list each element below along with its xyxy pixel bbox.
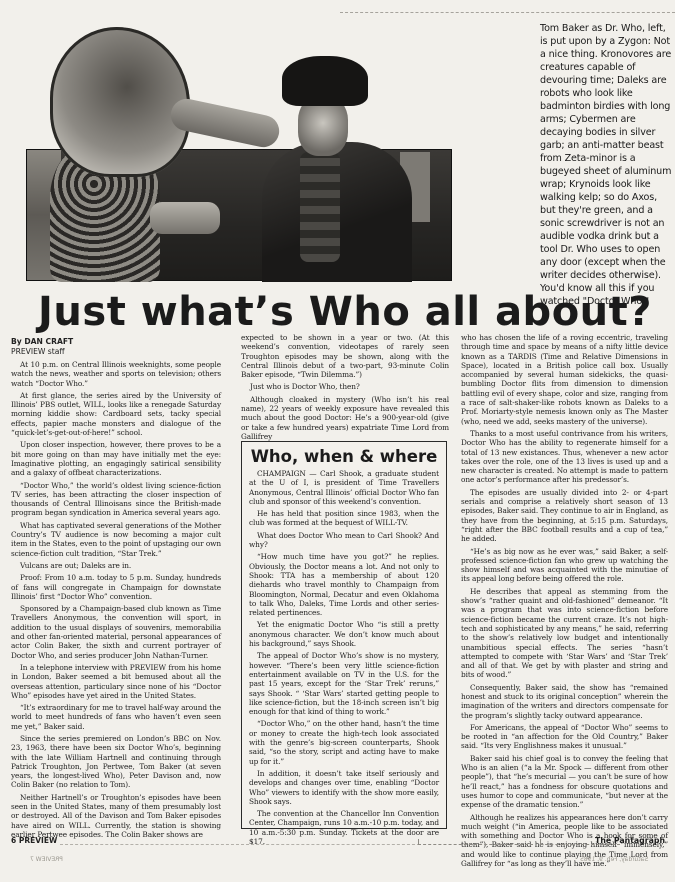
sidebar-paragraph: The appeal of Doctor Who’s show is no my… (249, 651, 439, 716)
bleed-through-text-right: Saturday, Feb. 9, 1985 (580, 856, 648, 863)
paragraph: He describes that appeal as stemming fro… (461, 587, 668, 680)
doctor-scarf (300, 152, 340, 262)
zygon-hand (150, 202, 220, 234)
newspaper-name: The Pantagraph (595, 836, 665, 845)
paragraph: In a telephone interview with PREVIEW fr… (11, 663, 221, 700)
paragraph: What has captivated several generations … (11, 521, 221, 558)
paragraph: At first glance, the series aired by the… (11, 391, 221, 437)
article-column-3: who has chosen the life of a roving ecce… (461, 333, 668, 871)
footer-rule-left (60, 844, 420, 845)
photo-caption: Tom Baker as Dr. Who, left, is put upon … (540, 22, 675, 308)
zygon-head (50, 27, 190, 177)
paragraph: Upon closer inspection, however, there p… (11, 440, 221, 477)
paragraph: Thanks to a most useful contrivance from… (461, 429, 668, 485)
paragraph: expected to be shown in a year or two. (… (241, 333, 449, 379)
byline-staff: PREVIEW staff (11, 347, 211, 357)
paragraph: The episodes are usually divided into 2-… (461, 488, 668, 544)
sidebar-paragraph: Yet the enigmatic Doctor Who “is still a… (249, 620, 439, 648)
paragraph: “He’s as big now as he ever was,” said B… (461, 547, 668, 584)
headline: Just what’s Who all about? (0, 290, 675, 334)
article-column-2: expected to be shown in a year or two. (… (241, 333, 449, 444)
sidebar-paragraph: “How much time have you got?” he replies… (249, 552, 439, 617)
paragraph: Vulcans are out; Daleks are in. (11, 561, 221, 570)
sidebar-box-who-when-where: Who, when & where CHAMPAIGN — Carl Shook… (241, 441, 447, 829)
paragraph: Neither Hartnell’s or Troughton’s episod… (11, 793, 221, 839)
byline-author: By DAN CRAFT (11, 337, 211, 347)
paragraph: “Doctor Who,” the world’s oldest living … (11, 481, 221, 518)
paragraph: Baker said his chief goal is to convey t… (461, 754, 668, 810)
paragraph: At 10 p.m. on Central Illinois weeknight… (11, 360, 221, 388)
sidebar-title: Who, when & where (249, 447, 439, 467)
paragraph: Sponsored by a Champaign-based club know… (11, 604, 221, 660)
photo-tom-baker-zygon (0, 12, 452, 282)
article-column-1: At 10 p.m. on Central Illinois weeknight… (11, 360, 221, 842)
sidebar-paragraph: CHAMPAIGN — Carl Shook, a graduate stude… (249, 469, 439, 506)
sidebar-paragraph: In addition, it doesn’t take itself seri… (249, 769, 439, 806)
paragraph: Although cloaked in mystery (Who isn’t h… (241, 395, 449, 441)
page-folio: 6 PREVIEW (11, 836, 57, 845)
bleed-through-text-left: PREVIEW 7 (30, 856, 63, 863)
byline: By DAN CRAFT PREVIEW staff (11, 337, 211, 357)
footer-rule-mid (418, 839, 533, 845)
paragraph: Consequently, Baker said, the show has “… (461, 683, 668, 720)
sidebar-paragraph: “Doctor Who,” on the other hand, hasn’t … (249, 719, 439, 765)
paragraph: “It’s extraordinary for me to travel hal… (11, 703, 221, 731)
sidebar-paragraph: He has held that position since 1983, wh… (249, 509, 439, 528)
paragraph: Proof: From 10 a.m. today to 5 p.m. Sund… (11, 573, 221, 601)
sidebar-paragraph: What does Doctor Who mean to Carl Shook?… (249, 531, 439, 550)
paragraph: For Americans, the appeal of “Doctor Who… (461, 723, 668, 751)
newspaper-page: Tom Baker as Dr. Who, left, is put upon … (0, 0, 675, 882)
paragraph: Since the series premiered on London’s B… (11, 734, 221, 790)
page-footer: 6 PREVIEW The Pantagraph PREVIEW 7 Satur… (0, 836, 675, 882)
paragraph: Just who is Doctor Who, then? (241, 382, 449, 391)
paragraph: who has chosen the life of a roving ecce… (461, 333, 668, 426)
doctor-hat (282, 56, 368, 106)
